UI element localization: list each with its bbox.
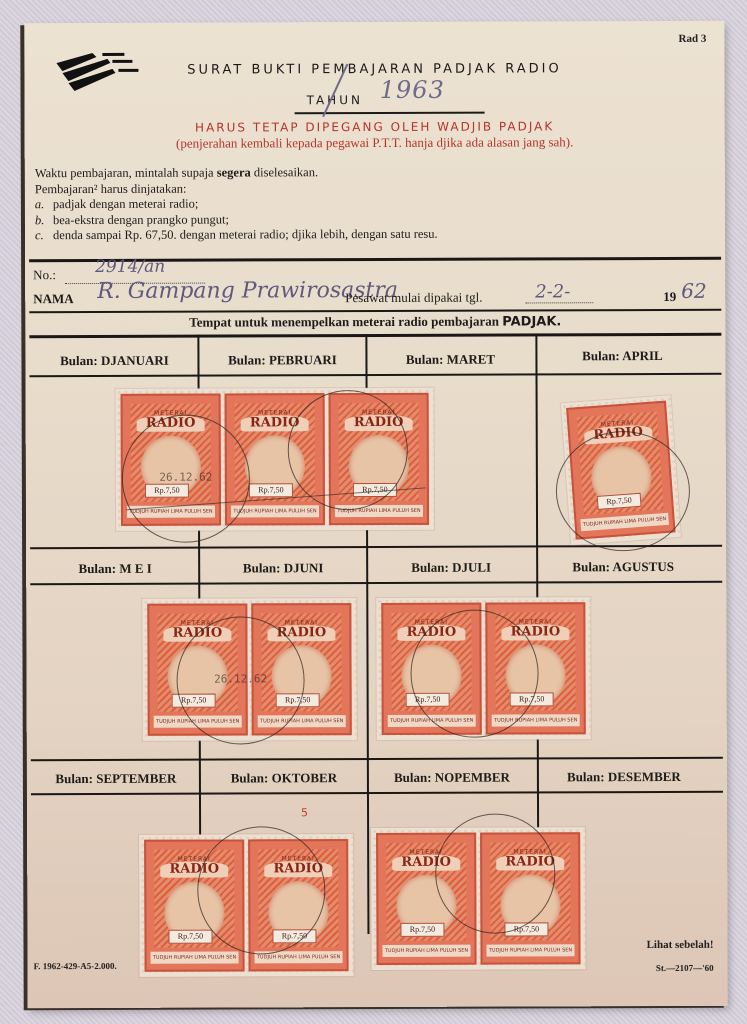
start-date: 2-2-	[535, 281, 570, 302]
month-djuni: Bulan: DJUNI	[198, 560, 368, 577]
radio-stamp: METERAIRADIORp.7,50TUDJUH RUPIAH LIMA PU…	[147, 603, 247, 735]
month-maret: Bulan: MARET	[365, 351, 535, 368]
radio-stamp: METERAIRADIORp.7,50TUDJUH RUPIAH LIMA PU…	[329, 393, 429, 525]
year-field: TAHUN 1963	[294, 82, 484, 115]
tax-receipt-document: Rad 3 SURAT BUKTI PEMBAJARAN PADJAK RADI…	[24, 21, 727, 1008]
print-code: F. 1962-429-A5-2.000.	[34, 961, 117, 971]
divider	[31, 757, 723, 761]
stock-code: St.—2107—'60	[656, 963, 714, 973]
warning-subtitle: (penjerahan kembali kepada pegawai P.T.T…	[25, 134, 725, 152]
divider	[30, 545, 722, 549]
stamp-strip-djuli-agustus: METERAIRADIORp.7,50TUDJUH RUPIAH LIMA PU…	[376, 597, 590, 740]
name-field: NAMA R. Gampang Prawirosastra Pesawat mu…	[33, 289, 718, 307]
document-title: SURAT BUKTI PEMBAJARAN PADJAK RADIO	[24, 61, 724, 78]
radio-stamp: METERAIRADIORp.7,50TUDJUH RUPIAH LIMA PU…	[144, 839, 244, 971]
radio-stamp: METERAIRADIORp.7,50TUDJUH RUPIAH LIMA PU…	[480, 832, 580, 964]
form-code: Rad 3	[679, 33, 707, 45]
month-september: Bulan: SEPTEMBER	[31, 771, 201, 788]
radio-stamp: METERAIRADIORp.7,50TUDJUH RUPIAH LIMA PU…	[251, 603, 351, 735]
month-desember: Bulan: DESEMBER	[539, 769, 709, 786]
month-oktober: Bulan: OKTOBER	[199, 770, 369, 787]
radio-stamp: METERAIRADIORp.7,50TUDJUH RUPIAH LIMA PU…	[225, 393, 325, 525]
radio-stamp: METERAIRADIORp.7,50TUDJUH RUPIAH LIMA PU…	[248, 839, 348, 971]
radio-stamp: METERAIRADIORp.7,50TUDJUH RUPIAH LIMA PU…	[566, 401, 675, 540]
radio-stamp: METERAIRADIORp.7,50TUDJUH RUPIAH LIMA PU…	[376, 833, 476, 965]
stamp-strip-jan-mar: METERAIRADIORp.7,50TUDJUH RUPIAH LIMA PU…	[116, 388, 434, 531]
start-year: 62	[681, 279, 707, 303]
stamp-strip-mei-djuni: METERAIRADIORp.7,50TUDJUH RUPIAH LIMA PU…	[142, 598, 356, 741]
stamp-area-heading: Tempat untuk menempelkan meterai radio p…	[25, 313, 725, 331]
instruction-item-c: c.denda sampai Rp. 67,50. dengan meterai…	[35, 226, 715, 244]
instructions: Waktu pembajaran, mintalah supaja segera…	[35, 164, 715, 244]
month-agustus: Bulan: AGUSTUS	[538, 559, 708, 576]
divider	[30, 373, 722, 377]
divider	[31, 791, 723, 795]
year-handwritten: 1963	[380, 76, 445, 104]
month-april: Bulan: APRIL	[537, 348, 707, 365]
number-value: 2914/an	[95, 257, 165, 277]
month-pebruari: Bulan: PEBRUARI	[197, 352, 367, 369]
see-reverse-note: Lihat sebelah!	[647, 939, 714, 951]
radio-stamp: METERAIRADIORp.7,50TUDJUH RUPIAH LIMA PU…	[485, 602, 585, 734]
month-mei: Bulan: M E I	[30, 561, 200, 578]
month-djuli: Bulan: DJULI	[366, 559, 536, 576]
stamp-april: METERAIRADIORp.7,50TUDJUH RUPIAH LIMA PU…	[561, 395, 681, 545]
year-label: TAHUN	[307, 93, 363, 107]
divider	[29, 333, 721, 338]
divider	[30, 581, 722, 585]
sheet-number: 5	[301, 806, 308, 819]
month-djanuari: Bulan: DJANUARI	[29, 353, 199, 370]
warning-title: HARUS TETAP DIPEGANG OLEH WADJIB PADJAK	[25, 119, 725, 135]
stamp-strip-nop-des: METERAIRADIORp.7,50TUDJUH RUPIAH LIMA PU…	[371, 827, 585, 970]
month-nopember: Bulan: NOPEMBER	[367, 769, 537, 786]
stamp-strip-sep-okt: METERAIRADIORp.7,50TUDJUH RUPIAH LIMA PU…	[139, 834, 353, 977]
radio-stamp: METERAIRADIORp.7,50TUDJUH RUPIAH LIMA PU…	[381, 603, 481, 735]
